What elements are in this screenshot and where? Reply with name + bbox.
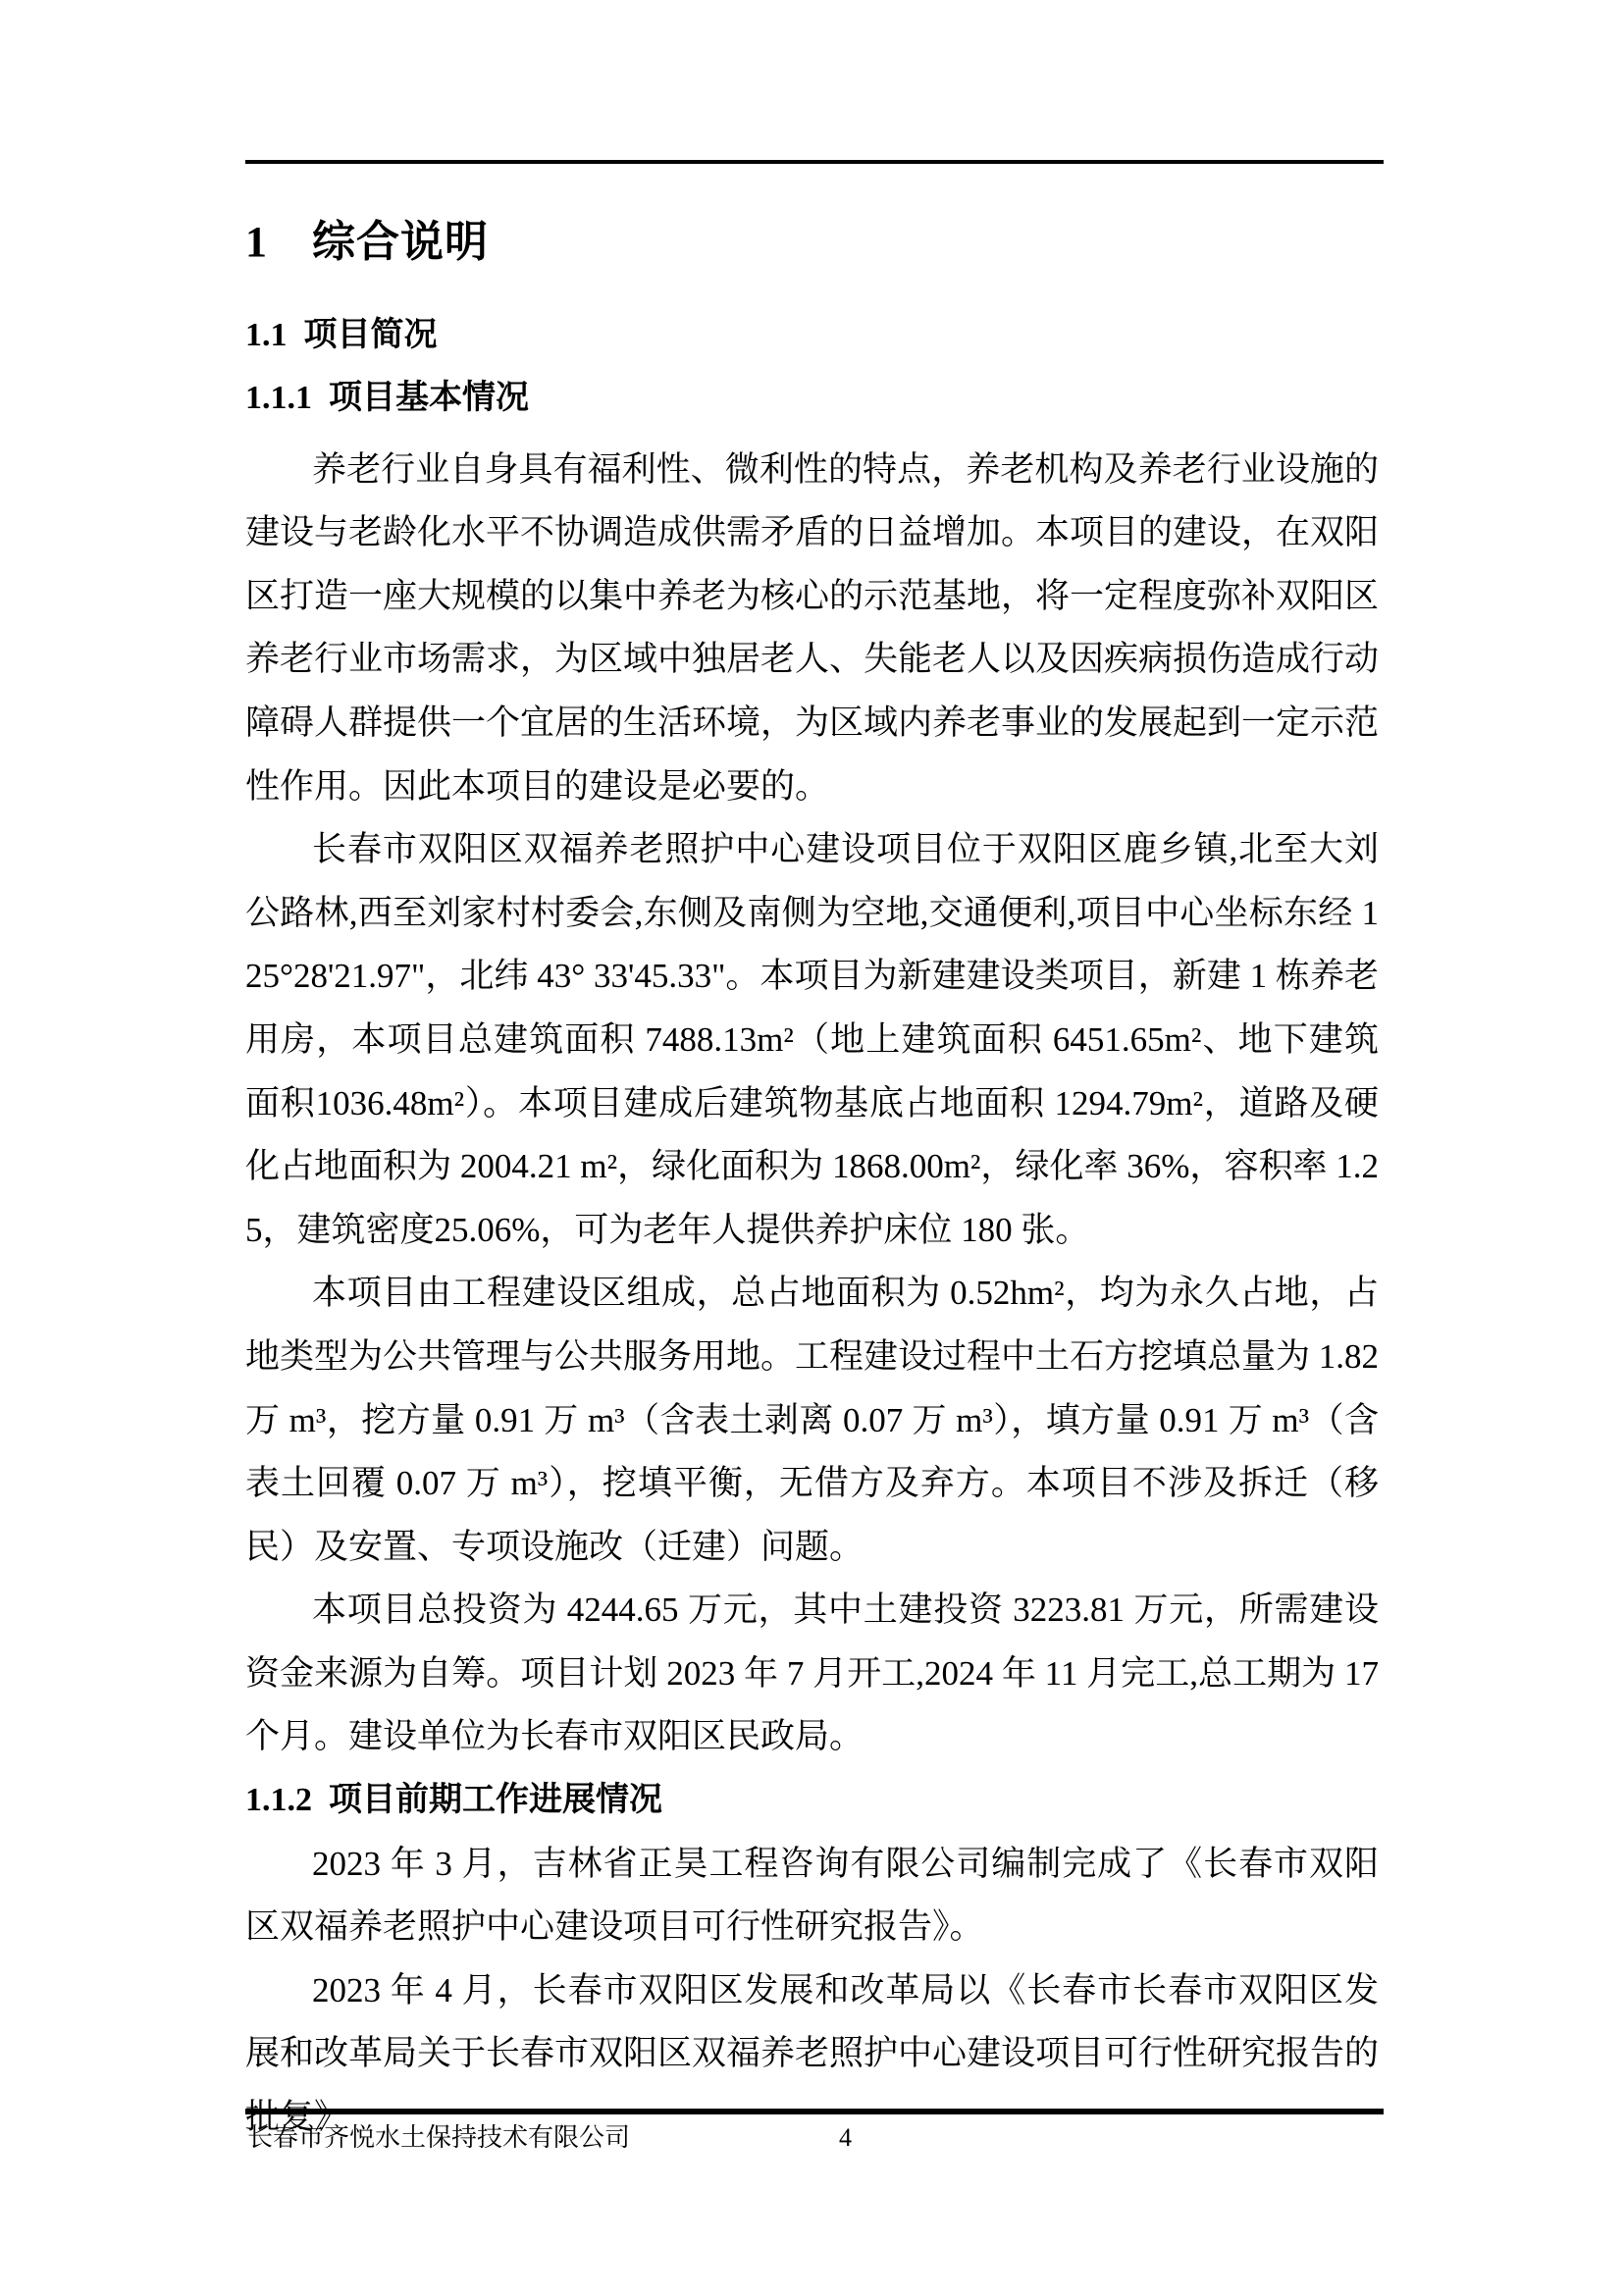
document-page: 1 综合说明 1.1 项目简况 1.1.1 项目基本情况 养老行业自身具有福利性… (0, 0, 1624, 2295)
paragraph-location-scale: 长春市双阳区双福养老照护中心建设项目位于双阳区鹿乡镇,北至大刘公路林,西至刘家村… (245, 818, 1379, 1262)
section-heading-1-1: 1.1 项目简况 (245, 314, 1379, 357)
chapter-heading: 1 综合说明 (245, 0, 1379, 271)
paragraph-investment-schedule: 本项目总投资为 4244.65 万元，其中土建投资 3223.81 万元，所需建… (245, 1579, 1379, 1769)
footer-page-number: 4 (839, 2120, 852, 2156)
subsection-heading-1-1-1: 1.1.1 项目基本情况 (245, 367, 1379, 431)
paragraph-land-earthwork: 本项目由工程建设区组成，总占地面积为 0.52hm²，均为永久占地，占地类型为公… (245, 1262, 1379, 1579)
footer-row: 长春市齐悦水土保持技术有限公司 4 (245, 2120, 1384, 2160)
subsection-heading-1-1-2: 1.1.2 项目前期工作进展情况 (245, 1769, 1379, 1833)
footer-rule (245, 2109, 1384, 2114)
paragraph-necessity: 养老行业自身具有福利性、微利性的特点，养老机构及养老行业设施的建设与老龄化水平不… (245, 439, 1379, 819)
report-content: 1 综合说明 1.1 项目简况 1.1.1 项目基本情况 养老行业自身具有福利性… (245, 0, 1379, 2150)
paragraph-feasibility-report: 2023 年 3 月，吉林省正昊工程咨询有限公司编制完成了《长春市双阳区双福养老… (245, 1833, 1379, 1959)
page-footer: 长春市齐悦水土保持技术有限公司 4 (245, 2109, 1384, 2160)
footer-company: 长春市齐悦水土保持技术有限公司 (247, 2120, 630, 2156)
